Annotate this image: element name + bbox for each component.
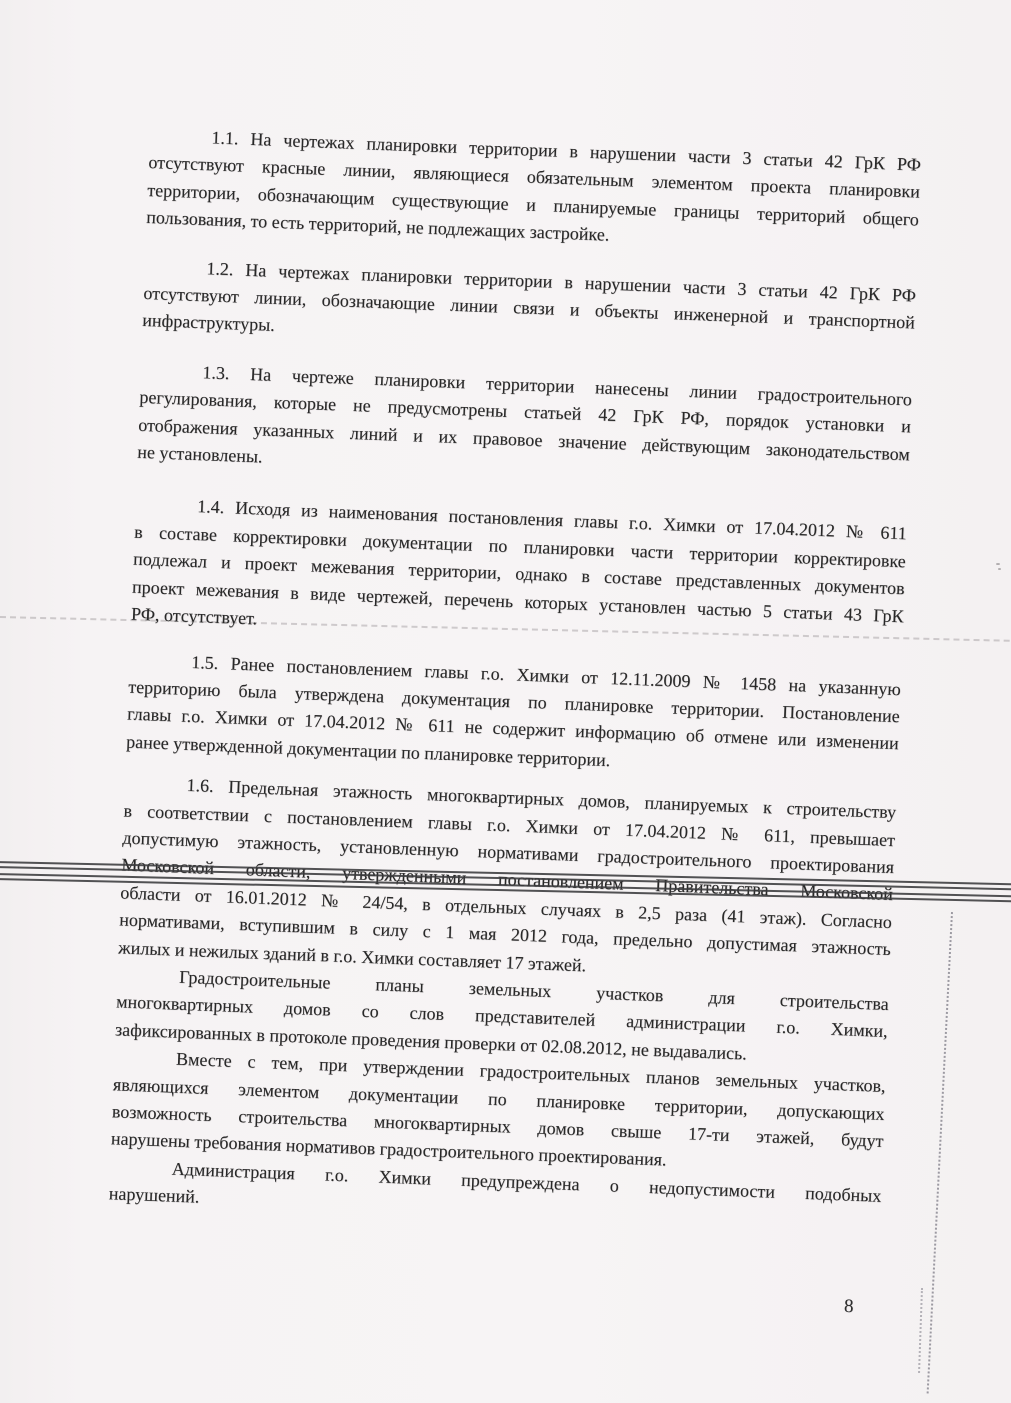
document-text-block: 1.1. На чертежах планировки территории в… bbox=[108, 122, 921, 1237]
paragraph-1-3: 1.3. На чертеже планировки территории на… bbox=[137, 357, 913, 496]
scan-speck bbox=[148, 1036, 162, 1038]
scan-speck bbox=[996, 563, 1000, 565]
paragraph-1-6: 1.6. Предельная этажность многоквартирны… bbox=[118, 770, 897, 991]
scan-speck bbox=[998, 568, 1001, 570]
page-number: 8 bbox=[844, 1296, 854, 1318]
paragraph-1-5: 1.5. Ранее постановлением главы г.о. Хим… bbox=[126, 646, 902, 785]
paragraph-1-2: 1.2. На чертежах планировки территории в… bbox=[142, 253, 917, 365]
paragraph-1-4: 1.4. Исходя из наименования постановлени… bbox=[131, 491, 908, 658]
